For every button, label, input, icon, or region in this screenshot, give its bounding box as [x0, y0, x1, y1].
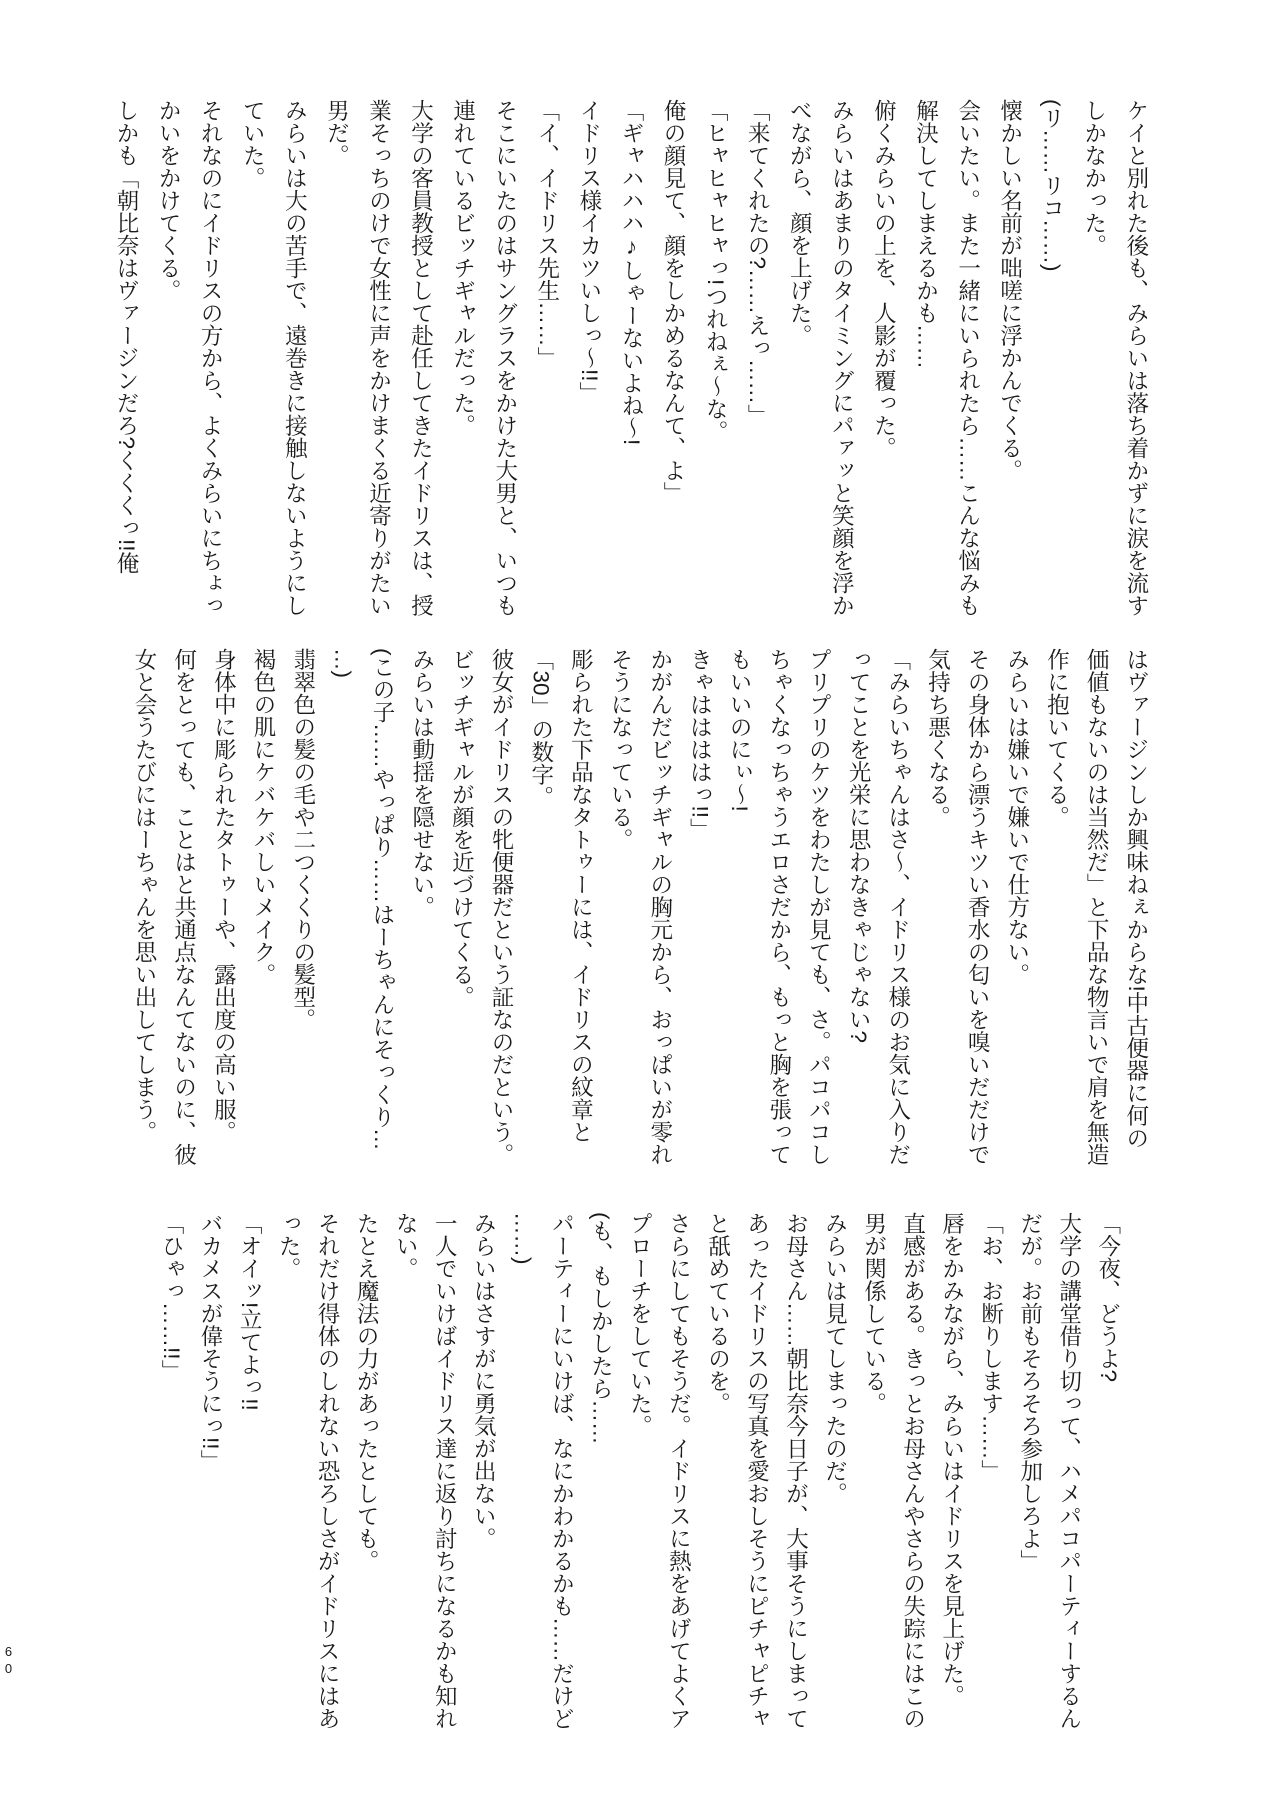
text-column: 彼女がイドリスの牝便器だという証なのだという。: [490, 648, 513, 1166]
text-column: 身体中に彫られたタトゥーや、露出度の高い服。: [212, 648, 235, 1143]
text-column: さらにしてもそうだ。イドリスに熱をあげてよくア: [667, 1212, 690, 1730]
novel-page: ケイと別れた後も、みらいは落ち着かずに涙を流すしかなかった。(リ……リコ……)懐…: [0, 0, 1280, 1808]
text-column: 男が関係している。: [863, 1212, 886, 1415]
text-column: お母さん……朝比奈今日子が、大事そうにしまって: [785, 1212, 808, 1730]
text-column: 「ヒャヒャヒャっ!つれねぇ〜な。: [704, 99, 727, 443]
text-column: 彫られた下品なタトゥーには、イドリスの紋章と: [569, 648, 592, 1143]
text-column: 「ひゃっ……!!」: [160, 1212, 183, 1382]
text-column: かがんだビッチギャルの胸元から、おっぱいが零れ: [649, 648, 672, 1166]
text-column: ってことを光栄に思わなきゃじゃない?: [847, 648, 870, 1043]
text-column: バカメスが偉そうにっ!!」: [199, 1212, 222, 1472]
text-column: パーティーにいけば、なにかわかるかも……だけど: [550, 1212, 573, 1730]
text-column: 翡翠色の髪の毛や二つくくりの髪型。: [292, 648, 315, 1031]
text-column: 唇をかみながら、みらいはイドリスを見上げた。: [941, 1212, 964, 1707]
text-column: しかなかった。: [1083, 99, 1106, 257]
text-column: きゃははははっ!!」: [688, 648, 711, 841]
text-column: だが。お前もそろそろ参加しろよ」: [1019, 1212, 1042, 1572]
text-column: 女と会うたびにはーちゃんを思い出してしまう。: [133, 648, 156, 1143]
text-column: 直感がある。きっとお母さんやさらの失踪にはこの: [902, 1212, 925, 1730]
text-column: はヴァージンしか興味ねぇからな!中古便器に何の: [1125, 648, 1148, 1149]
text-column: ない。: [394, 1212, 417, 1280]
text-column: イドリス様イカツいしっ〜!!」: [578, 99, 601, 404]
text-column: みらいはあまりのタイミングにパァッと笑顔を浮か: [830, 99, 853, 617]
text-block-bottom: 「今夜、どうよ?大学の講堂借り切って、ハメパコパーティーするんだが。お前もそろそ…: [160, 1212, 1120, 1742]
text-column: 業そっちのけで女性に声をかけまくる近寄りがたい: [367, 99, 390, 617]
text-column: みらいは動揺を隠せない。: [411, 648, 434, 918]
text-column: (リ……リコ……): [1041, 99, 1064, 272]
text-column: 何をとっても、ことはと共通点なんてないのに、彼: [173, 648, 196, 1166]
text-column: 大学の客員教授として赴任してきたイドリスは、授: [410, 99, 433, 617]
text-column: 俯くみらいの上を、人影が覆った。: [872, 99, 895, 459]
text-column: 「来てくれたの?……えっ……」: [746, 99, 769, 427]
text-column: 「お、お断りします……」: [980, 1212, 1003, 1482]
text-column: 大学の講堂借り切って、ハメパコパーティーするん: [1058, 1212, 1081, 1730]
text-column: 「みらいちゃんはさ〜、イドリス様のお気に入りだ: [887, 648, 910, 1166]
text-column: …): [331, 648, 354, 678]
text-column: 「ギャハハハ♪しゃーないよね〜!: [620, 99, 643, 445]
text-column: もいいのにぃ〜!: [728, 648, 751, 812]
text-column: ケイと別れた後も、みらいは落ち着かずに涙を流す: [1125, 99, 1148, 617]
text-column: 気持ち悪くなる。: [926, 648, 949, 828]
text-column: 「オイッ!立てよっ!!: [238, 1212, 261, 1411]
text-column: そうになっている。: [609, 648, 632, 851]
text-column: (も、もしかしたら……: [589, 1212, 612, 1445]
text-column: った。: [277, 1212, 300, 1280]
text-column: あったイドリスの写真を愛おしそうにピチャピチャ: [745, 1212, 768, 1730]
text-column: それだけ得体のしれない恐ろしさがイドリスにはあ: [316, 1212, 339, 1730]
text-column: たとえ魔法の力があったとしても。: [355, 1212, 378, 1572]
text-column: それなのにイドリスの方から、よくみらいにちょっ: [199, 99, 222, 617]
text-column: ……): [511, 1212, 534, 1265]
text-column: 男だ。: [325, 99, 348, 167]
text-column: 「イ、イドリス先生……」: [536, 99, 559, 369]
text-block-middle: はヴァージンしか興味ねぇからな!中古便器に何の価値もないのは当然だ」と下品な物言…: [133, 648, 1148, 1193]
text-column: みらいは大の苦手で、遠巻きに接触しないようにし: [283, 99, 306, 617]
text-column: みらいはさすがに勇気が出ない。: [472, 1212, 495, 1550]
text-column: みらいは嫌いで嫌いで仕方ない。: [1006, 648, 1029, 986]
text-column: 作に抱いてくる。: [1045, 648, 1068, 828]
page-number: 60: [1, 1644, 15, 1678]
text-column: 価値もないのは当然だ」と下品な物言いで肩を無造: [1085, 648, 1108, 1166]
text-column: 「今夜、どうよ?: [1097, 1212, 1120, 1382]
text-column: 褐色の肌にケバケバしいメイク。: [252, 648, 275, 986]
text-column: 一人でいけばイドリス達に返り討ちになるかも知れ: [433, 1212, 456, 1730]
text-block-top: ケイと別れた後も、みらいは落ち着かずに涙を流すしかなかった。(リ……リコ……)懐…: [115, 99, 1148, 644]
text-column: プリプリのケツをわたしが見ても、さ。パコパコし: [807, 648, 830, 1166]
text-column: 「30」の数字。: [530, 648, 553, 808]
text-column: と舐めているのを。: [706, 1212, 729, 1415]
text-column: 懐かしい名前が咄嗟に浮かんでくる。: [999, 99, 1022, 482]
text-column: 解決してしまえるかも……: [914, 99, 937, 369]
text-column: そこにいたのはサングラスをかけた大男と、いつも: [494, 99, 517, 617]
text-column: ビッチギャルが顔を近づけてくる。: [450, 648, 473, 1008]
text-column: べながら、顔を上げた。: [788, 99, 811, 347]
text-column: その身体から漂うキツい香水の匂いを嗅いだだけで: [966, 648, 989, 1166]
text-column: 俺の顔見て、顔をしかめるなんて、よ」: [662, 99, 685, 504]
text-column: かいをかけてくる。: [157, 99, 180, 302]
text-column: 会いたい。また一緒にいられたら……こんな悩みも: [957, 99, 980, 617]
text-column: ちゃくなっちゃうエロさだから、もっと胸を張って: [768, 648, 791, 1166]
text-column: (この子……やっぱり……はーちゃんにそっくり…: [371, 648, 394, 1151]
text-column: プローチをしていた。: [628, 1212, 651, 1437]
text-column: しかも「朝比奈はヴァージンだろ?くくくっ!!俺: [115, 99, 138, 574]
text-column: 連れているビッチギャルだった。: [452, 99, 475, 437]
text-column: みらいは見てしまったのだ。: [824, 1212, 847, 1505]
text-column: ていた。: [241, 99, 264, 189]
